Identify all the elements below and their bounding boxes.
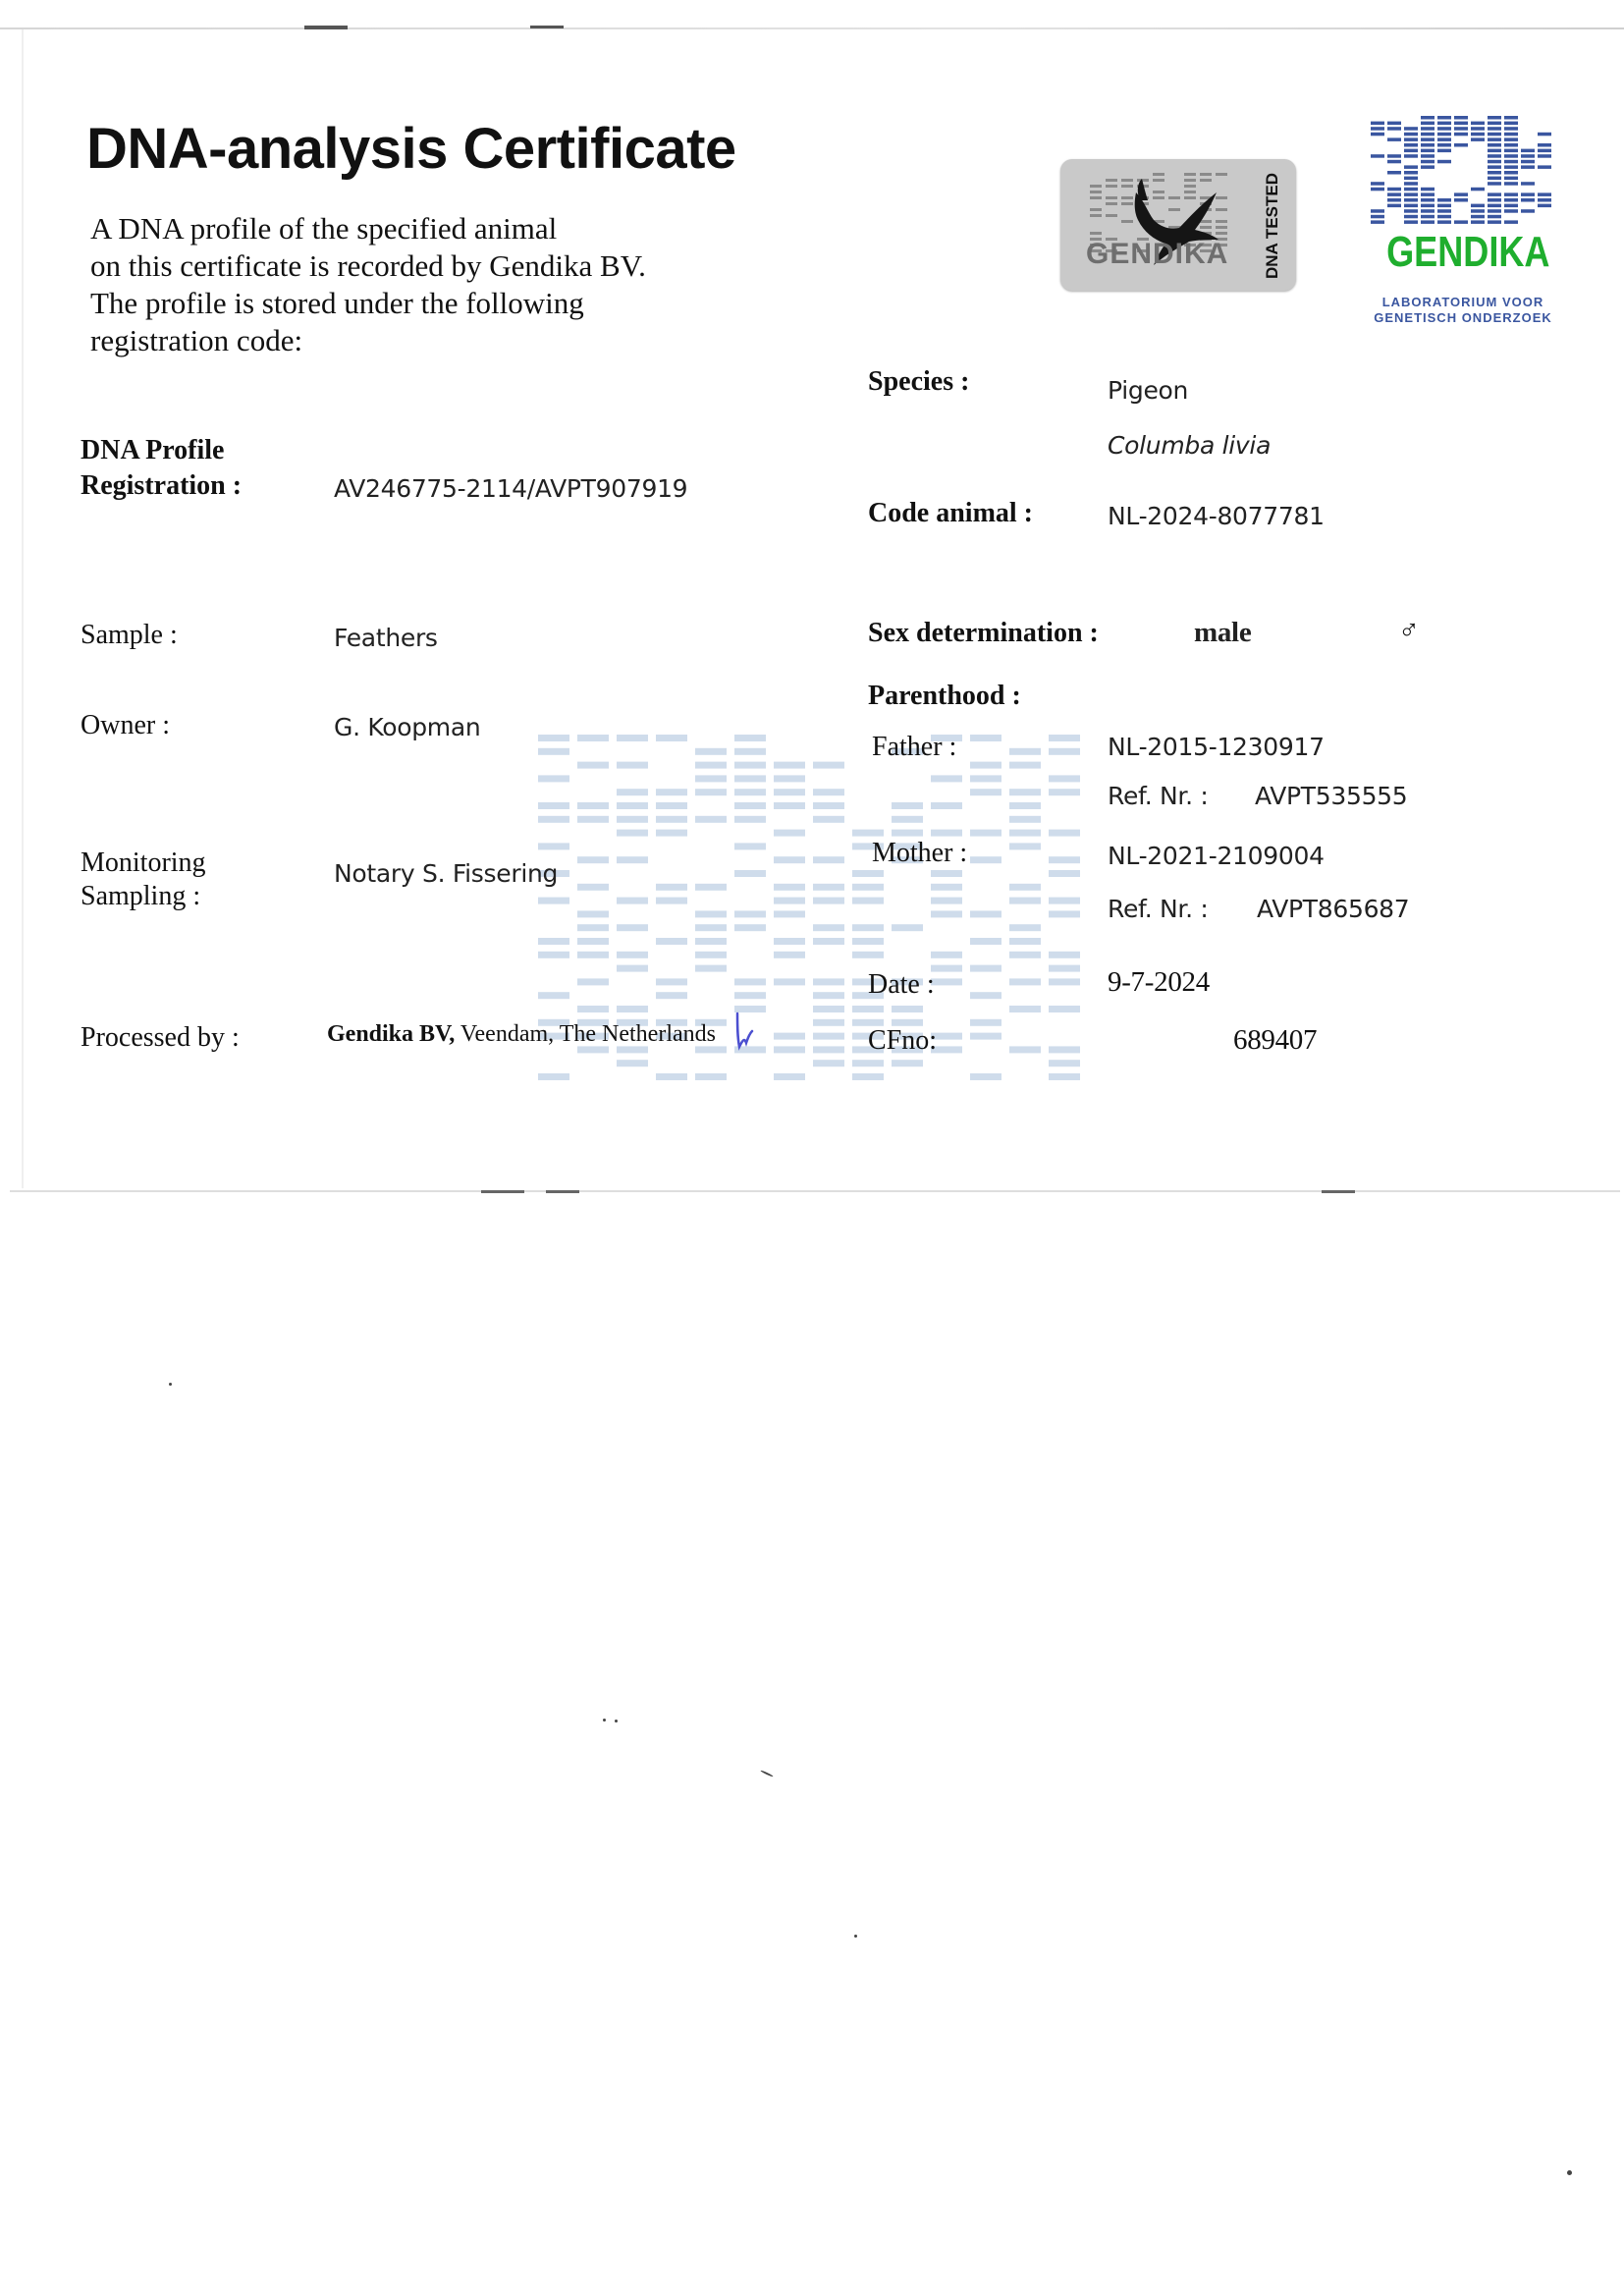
intro-line: A DNA profile of the specified animal bbox=[90, 210, 719, 247]
badge-brand-text: GENDIKA bbox=[1086, 238, 1228, 271]
sex-label: Sex determination : bbox=[868, 617, 1099, 650]
cfno-label: CFno: bbox=[868, 1024, 937, 1058]
scan-speck bbox=[760, 1770, 774, 1777]
scan-edge-bottom bbox=[10, 1190, 1620, 1192]
intro-line: The profile is stored under the followin… bbox=[90, 285, 719, 322]
cfno-value: 689407 bbox=[1233, 1024, 1317, 1056]
monitoring-label-line1: Monitoring bbox=[81, 847, 206, 880]
certificate-intro: A DNA profile of the specified animal on… bbox=[90, 210, 719, 359]
date-value: 9-7-2024 bbox=[1108, 966, 1210, 998]
father-ref-value: AVPT535555 bbox=[1255, 781, 1407, 812]
date-label: Date : bbox=[868, 968, 935, 1002]
registration-label-line1: DNA Profile bbox=[81, 434, 224, 467]
species-common-name: Pigeon bbox=[1108, 375, 1188, 407]
processed-by-label: Processed by : bbox=[81, 1021, 240, 1055]
species-label: Species : bbox=[868, 365, 969, 399]
monitoring-label-line2: Sampling : bbox=[81, 880, 200, 913]
badge-tested-text: DNA TESTED bbox=[1263, 173, 1282, 279]
scan-speck bbox=[1567, 2170, 1572, 2175]
sample-label: Sample : bbox=[81, 619, 178, 652]
scan-mark bbox=[481, 1190, 524, 1193]
scan-speck bbox=[854, 1935, 857, 1938]
scan-speck bbox=[603, 1719, 606, 1722]
scan-speck bbox=[615, 1720, 618, 1722]
code-animal-value: NL-2024-8077781 bbox=[1108, 501, 1325, 532]
intro-line: registration code: bbox=[90, 322, 719, 359]
monitoring-value: Notary S. Fissering bbox=[334, 858, 558, 890]
processed-by-value: Gendika BV, Veendam, The Netherlands bbox=[327, 1021, 716, 1048]
pen-initial-mark bbox=[733, 1011, 755, 1051]
mother-label: Mother : bbox=[872, 837, 967, 870]
father-label: Father : bbox=[872, 731, 956, 764]
scan-mark bbox=[546, 1190, 579, 1193]
gendika-logo-name: GENDIKA bbox=[1386, 228, 1540, 277]
tagline-line: LABORATORIUM VOOR bbox=[1365, 295, 1561, 310]
mother-ref-value: AVPT865687 bbox=[1257, 894, 1409, 925]
mother-ref-label: Ref. Nr. : bbox=[1108, 894, 1209, 925]
owner-value: G. Koopman bbox=[334, 712, 480, 743]
father-code: NL-2015-1230917 bbox=[1108, 732, 1325, 763]
processed-by-location: Veendam, The Netherlands bbox=[455, 1021, 716, 1047]
code-animal-label: Code animal : bbox=[868, 497, 1033, 530]
gendika-logo-tagline: LABORATORIUM VOOR GENETISCH ONDERZOEK bbox=[1365, 295, 1561, 326]
owner-label: Owner : bbox=[81, 709, 170, 742]
species-scientific-name: Columba livia bbox=[1108, 430, 1271, 462]
sample-value: Feathers bbox=[334, 623, 438, 654]
scan-edge-top bbox=[0, 27, 1624, 29]
scan-edge-left bbox=[22, 29, 24, 1188]
dna-tested-badge: GENDIKA DNA TESTED bbox=[1060, 159, 1296, 291]
scan-mark bbox=[304, 26, 348, 29]
gendika-logo-icon bbox=[1371, 116, 1557, 226]
scan-mark bbox=[1322, 1190, 1355, 1193]
scan-mark bbox=[530, 26, 564, 28]
processed-by-company: Gendika BV, bbox=[327, 1021, 455, 1047]
intro-line: on this certificate is recorded by Gendi… bbox=[90, 247, 719, 285]
scan-speck bbox=[169, 1383, 172, 1386]
father-ref-label: Ref. Nr. : bbox=[1108, 781, 1209, 812]
badge-tested-label: DNA TESTED bbox=[1253, 169, 1292, 283]
male-symbol-icon: ♂ bbox=[1398, 615, 1419, 646]
tagline-line: GENETISCH ONDERZOEK bbox=[1365, 310, 1561, 326]
mother-code: NL-2021-2109004 bbox=[1108, 841, 1325, 872]
certificate-title: DNA-analysis Certificate bbox=[86, 116, 736, 182]
sex-value: male bbox=[1194, 617, 1251, 648]
registration-label-line2: Registration : bbox=[81, 469, 242, 503]
parenthood-label: Parenthood : bbox=[868, 680, 1021, 713]
registration-value: AV246775-2114/AVPT907919 bbox=[334, 473, 687, 505]
